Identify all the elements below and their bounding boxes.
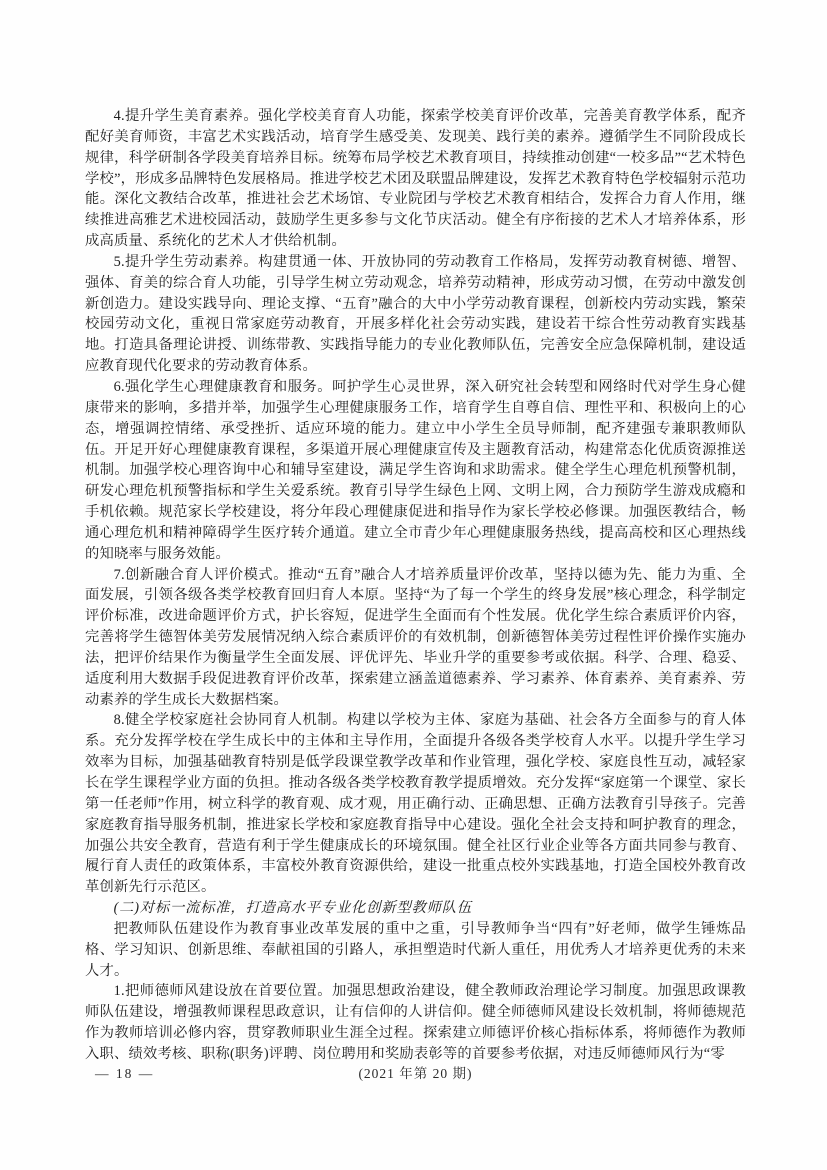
document-page: 4.提升学生美育素养。强化学校美育育人功能，探索学校美育评价改革，完善美育教学体…: [0, 0, 827, 1170]
paragraph-5-labor-education: 5.提升学生劳动素养。构建贯通一体、开放协同的劳动教育工作格局，发挥劳动教育树德…: [85, 252, 746, 377]
paragraph-1-teacher-ethics: 1.把师德师风建设放在首要位置。加强思想政治建设，健全教师政治理论学习制度。加强…: [85, 981, 746, 1064]
page-footer: — 18 — (2021 年第 20 期): [85, 1063, 746, 1085]
section-2-heading: (二)对标一流标准，打造高水平专业化创新型教师队伍: [85, 898, 746, 919]
text-column: 4.提升学生美育素养。强化学校美育育人功能，探索学校美育评价改革，完善美育教学体…: [85, 106, 746, 1065]
paragraph-8-school-family-society: 8.健全学校家庭社会协同育人机制。构建以学校为主体、家庭为基础、社会各方全面参与…: [85, 710, 746, 898]
paragraph-7-evaluation-reform: 7.创新融合育人评价模式。推动“五育”融合人才培养质量评价改革，坚持以德为先、能…: [85, 565, 746, 711]
paragraph-6-mental-health: 6.强化学生心理健康教育和服务。呵护学生心灵世界，深入研究社会转型和网络时代对学…: [85, 377, 746, 565]
paragraph-4-aesthetic-education: 4.提升学生美育素养。强化学校美育育人功能，探索学校美育评价改革，完善美育教学体…: [85, 106, 746, 252]
footer-page-number: — 18 —: [95, 1063, 154, 1085]
footer-issue-label: (2021 年第 20 期): [85, 1063, 746, 1085]
paragraph-teacher-team-intro: 把教师队伍建设作为教育事业改革发展的重中之重，引导教师争当“四有”好老师，做学生…: [85, 919, 746, 982]
